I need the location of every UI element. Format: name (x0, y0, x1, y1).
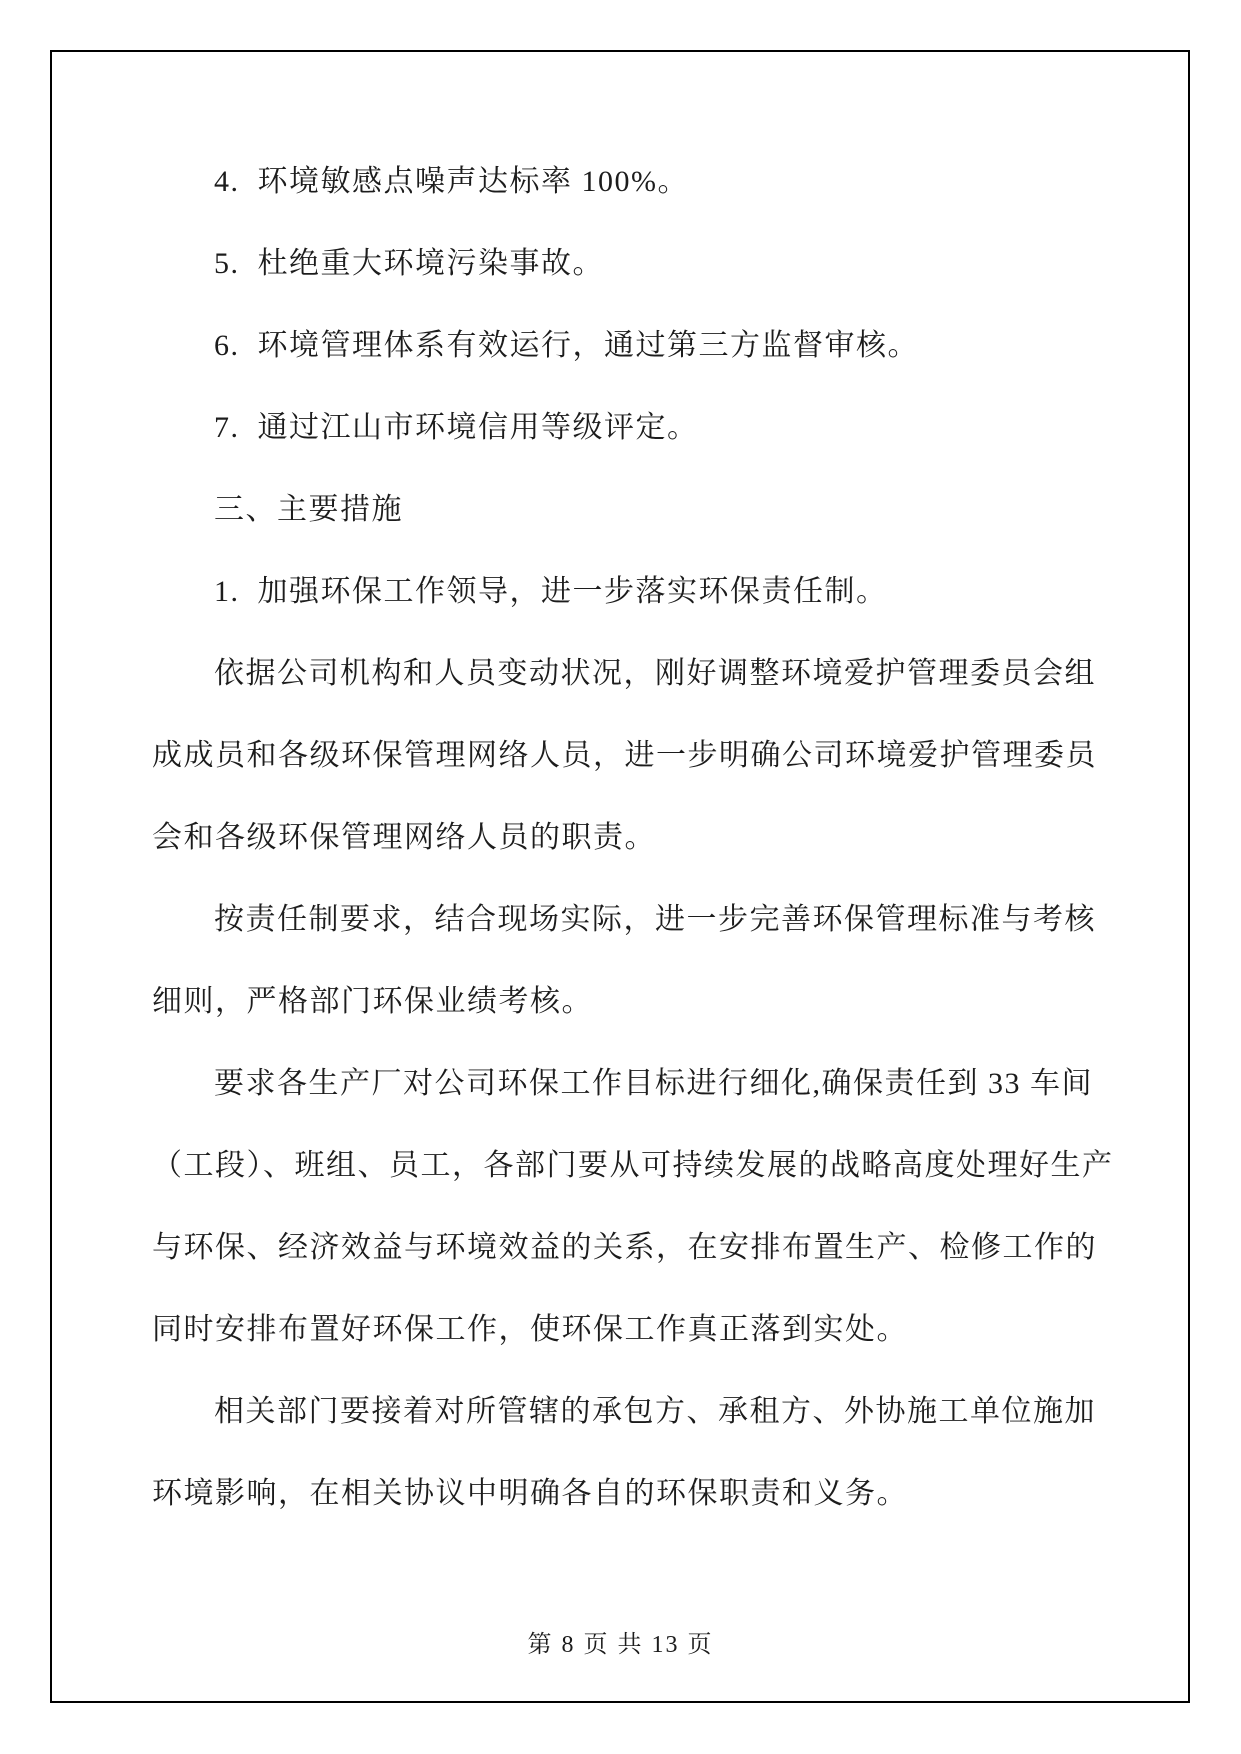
text-line: 会和各级环保管理网络人员的职责。 (152, 797, 1097, 879)
text-line: 4. 环境敏感点噪声达标率 100%。 (152, 141, 1097, 223)
text-line: 1. 加强环保工作领导，进一步落实环保责任制。 (152, 551, 1097, 633)
page-footer: 第 8 页 共 13 页 (0, 1624, 1241, 1659)
text-line: 5. 杜绝重大环境污染事故。 (152, 223, 1097, 305)
text-line: 环境影响，在相关协议中明确各自的环保职责和义务。 (152, 1453, 1097, 1535)
text-line: （工段）、班组、员工，各部门要从可持续发展的战略高度处理好生产 (152, 1125, 1097, 1207)
document-page: 4. 环境敏感点噪声达标率 100%。5. 杜绝重大环境污染事故。6. 环境管理… (0, 0, 1241, 1754)
page-number-label: 第 8 页 共 13 页 (528, 1632, 714, 1658)
text-line: 7. 通过江山市环境信用等级评定。 (152, 387, 1097, 469)
text-line: 按责任制要求，结合现场实际，进一步完善环保管理标准与考核 (152, 879, 1097, 961)
text-line: 与环保、经济效益与环境效益的关系，在安排布置生产、检修工作的 (152, 1207, 1097, 1289)
text-line: 三、主要措施 (152, 469, 1097, 551)
text-line: 成成员和各级环保管理网络人员，进一步明确公司环境爱护管理委员 (152, 715, 1097, 797)
text-line: 相关部门要接着对所管辖的承包方、承租方、外协施工单位施加 (152, 1371, 1097, 1453)
text-line: 依据公司机构和人员变动状况，刚好调整环境爱护管理委员会组 (152, 633, 1097, 715)
document-body: 4. 环境敏感点噪声达标率 100%。5. 杜绝重大环境污染事故。6. 环境管理… (152, 141, 1097, 1535)
text-line: 同时安排布置好环保工作，使环保工作真正落到实处。 (152, 1289, 1097, 1371)
text-line: 6. 环境管理体系有效运行，通过第三方监督审核。 (152, 305, 1097, 387)
text-line: 细则，严格部门环保业绩考核。 (152, 961, 1097, 1043)
text-line: 要求各生产厂对公司环保工作目标进行细化,确保责任到 33 车间 (152, 1043, 1097, 1125)
